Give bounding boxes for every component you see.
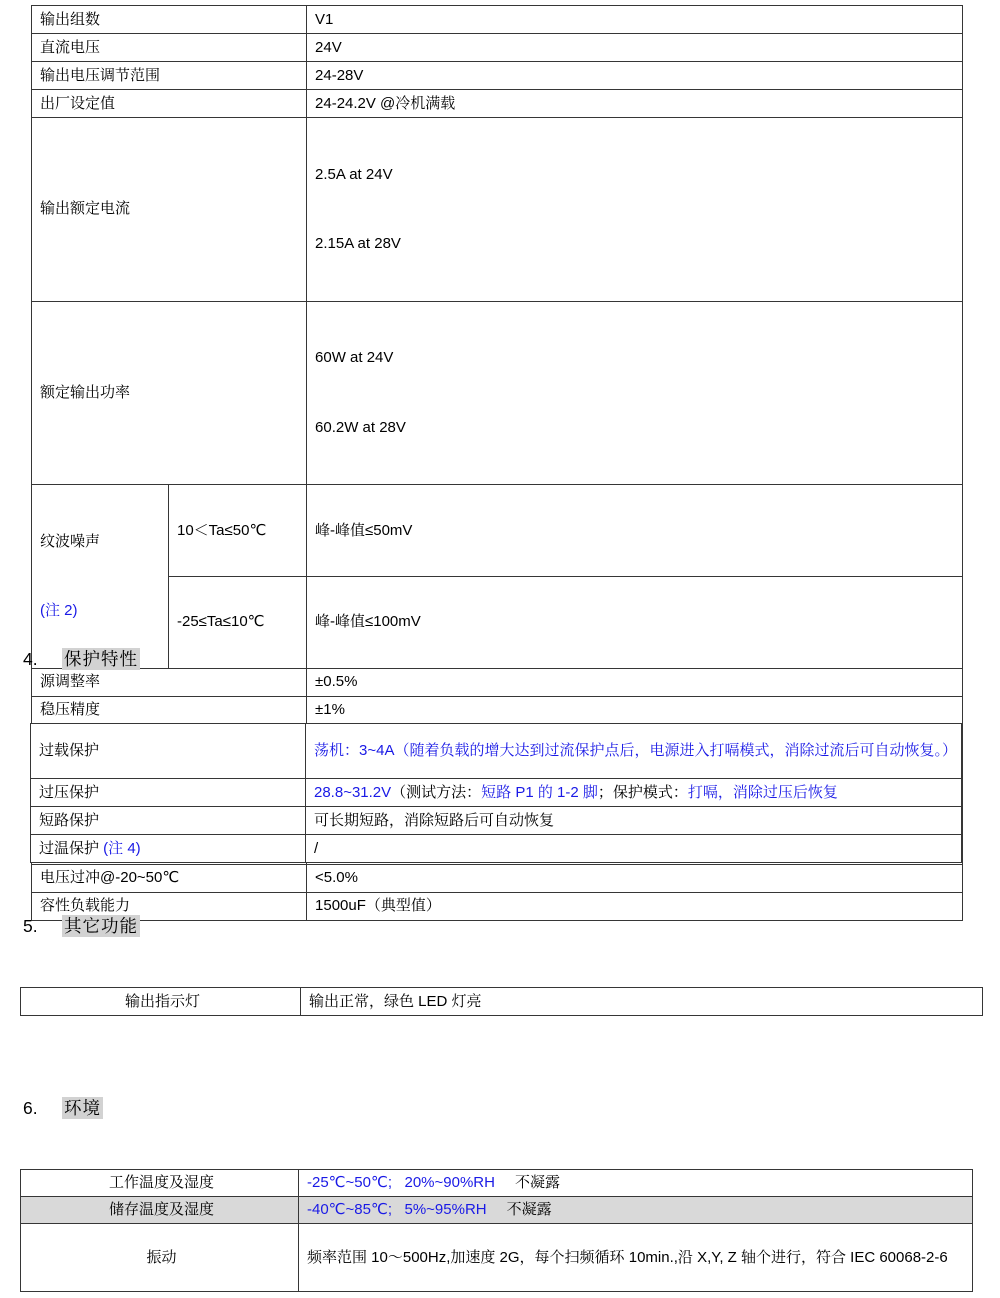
protection-label: 过温保护 (注 4) xyxy=(31,835,306,863)
value-seg-blue: -25℃~50℃; 20%~90%RH xyxy=(307,1174,495,1191)
spec-label: 输出电压调节范围 xyxy=(32,62,307,90)
env-label: 振动 xyxy=(21,1224,299,1292)
env-value: -25℃~50℃; 20%~90%RH不凝露 xyxy=(299,1170,973,1197)
environment-table: 工作温度及湿度 -25℃~50℃; 20%~90%RH不凝露 储存温度及湿度 -… xyxy=(20,1169,973,1292)
spec-value: 2.5A at 24V 2.15A at 28V xyxy=(307,118,963,302)
label-note-ref: (注 4) xyxy=(103,840,141,857)
spec-label: 出厂设定值 xyxy=(32,90,307,118)
protection-value: 荡机：3~4A（随着负载的增大达到过流保护点后，电源进入打嗝模式，消除过流后可自… xyxy=(306,724,962,779)
ripple-condition: -25≤Ta≤10℃ xyxy=(169,576,307,668)
spec-value: 1500uF（典型值） xyxy=(307,892,963,920)
value-line-2: 2.15A at 28V xyxy=(315,231,958,257)
spec-value: V1 xyxy=(307,6,963,34)
section-number: 4. xyxy=(23,649,62,670)
spec-value: ±0.5% xyxy=(307,668,963,696)
spec-value: 峰-峰值≤100mV xyxy=(307,576,963,668)
spec-value: 24-24.2V @冷机满载 xyxy=(307,90,963,118)
table-row: 稳压精度 ±1% xyxy=(32,696,963,724)
spec-label: 电压过冲@-20~50℃ xyxy=(32,864,307,892)
ripple-label: 纹波噪声 xyxy=(40,529,164,555)
table-row: 输出电压调节范围 24-28V xyxy=(32,62,963,90)
env-label: 工作温度及湿度 xyxy=(21,1170,299,1197)
env-value: 频率范围 10～500Hz,加速度 2G，每个扫频循环 10min.,沿 X,Y… xyxy=(299,1224,973,1292)
spec-value: 24V xyxy=(307,34,963,62)
table-row: 工作温度及湿度 -25℃~50℃; 20%~90%RH不凝露 xyxy=(21,1170,973,1197)
other-value: 输出正常，绿色 LED 灯亮 xyxy=(301,988,983,1016)
ripple-condition: 10＜Ta≤50℃ xyxy=(169,485,307,577)
spec-value: 24-28V xyxy=(307,62,963,90)
section-heading-protection: 4.保护特性 xyxy=(23,646,140,671)
spec-label-ripple: 纹波噪声 (注 2) xyxy=(32,485,169,669)
protection-value: 可长期短路，消除短路后可自动恢复 xyxy=(306,807,962,835)
ripple-note-ref: (注 2) xyxy=(40,598,164,624)
section-title: 保护特性 xyxy=(62,648,140,670)
value-line-1: 60W at 24V xyxy=(315,345,958,371)
table-row: -25≤Ta≤10℃ 峰-峰值≤100mV xyxy=(32,576,963,668)
protection-table: 过载保护 荡机：3~4A（随着负载的增大达到过流保护点后，电源进入打嗝模式，消除… xyxy=(30,723,962,863)
value-line-2: 60.2W at 28V xyxy=(315,415,958,441)
table-row: 额定输出功率 60W at 24V 60.2W at 28V xyxy=(32,301,963,485)
spec-value: 峰-峰值≤50mV xyxy=(307,485,963,577)
table-row: 过温保护 (注 4) / xyxy=(31,835,962,863)
spec-value: ±1% xyxy=(307,696,963,724)
label-text: 过温保护 xyxy=(39,840,103,857)
spec-label: 直流电压 xyxy=(32,34,307,62)
spec-label: 额定输出功率 xyxy=(32,301,307,485)
env-value: -40℃~85℃; 5%~95%RH不凝露 xyxy=(299,1197,973,1224)
value-seg: 不凝露 xyxy=(515,1174,560,1191)
section-number: 5. xyxy=(23,916,62,937)
protection-label: 过压保护 xyxy=(31,779,306,807)
table-row: 输出额定电流 2.5A at 24V 2.15A at 28V xyxy=(32,118,963,302)
protection-value: 28.8~31.2V（测试方法：短路 P1 的 1-2 脚；保护模式：打嗝，消除… xyxy=(306,779,962,807)
table-row: 过压保护 28.8~31.2V（测试方法：短路 P1 的 1-2 脚；保护模式：… xyxy=(31,779,962,807)
section-heading-other-functions: 5.其它功能 xyxy=(23,913,140,938)
section-heading-environment: 6.环境 xyxy=(23,1095,103,1120)
value-seg-blue: 打嗝，消除过压后恢复 xyxy=(688,784,838,801)
table-row: 振动 频率范围 10～500Hz,加速度 2G，每个扫频循环 10min.,沿 … xyxy=(21,1224,973,1292)
section-title: 环境 xyxy=(62,1097,103,1119)
table-row: 过载保护 荡机：3~4A（随着负载的增大达到过流保护点后，电源进入打嗝模式，消除… xyxy=(31,724,962,779)
value-seg: （测试方法： xyxy=(391,784,481,801)
table-row: 出厂设定值 24-24.2V @冷机满载 xyxy=(32,90,963,118)
protection-label: 短路保护 xyxy=(31,807,306,835)
section-title: 其它功能 xyxy=(62,915,140,937)
value-seg-blue: -40℃~85℃; 5%~95%RH xyxy=(307,1201,487,1218)
spec-label: 稳压精度 xyxy=(32,696,307,724)
table-row: 输出指示灯 输出正常，绿色 LED 灯亮 xyxy=(21,988,983,1016)
value-seg-blue: 28.8~31.2V xyxy=(314,784,391,801)
table-row: 容性负载能力 1500uF（典型值） xyxy=(32,892,963,920)
table-row: 电压过冲@-20~50℃ <5.0% xyxy=(32,864,963,892)
protection-label: 过载保护 xyxy=(31,724,306,779)
protection-value: / xyxy=(306,835,962,863)
spec-value: <5.0% xyxy=(307,864,963,892)
table-row: 源调整率 ±0.5% xyxy=(32,668,963,696)
spec-value: 60W at 24V 60.2W at 28V xyxy=(307,301,963,485)
other-functions-table: 输出指示灯 输出正常，绿色 LED 灯亮 xyxy=(20,987,983,1016)
spec-label: 输出额定电流 xyxy=(32,118,307,302)
table-row: 储存温度及湿度 -40℃~85℃; 5%~95%RH不凝露 xyxy=(21,1197,973,1224)
section-number: 6. xyxy=(23,1098,62,1119)
value-seg: 不凝露 xyxy=(507,1201,552,1218)
other-label: 输出指示灯 xyxy=(21,988,301,1016)
value-seg: ；保护模式： xyxy=(598,784,688,801)
spec-label: 源调整率 xyxy=(32,668,307,696)
spec-label: 输出组数 xyxy=(32,6,307,34)
table-row: 纹波噪声 (注 2) 10＜Ta≤50℃ 峰-峰值≤50mV xyxy=(32,485,963,577)
table-row: 输出组数 V1 xyxy=(32,6,963,34)
value-seg-blue: 短路 P1 的 1-2 脚 xyxy=(481,784,598,801)
env-label: 储存温度及湿度 xyxy=(21,1197,299,1224)
value-line-1: 2.5A at 24V xyxy=(315,162,958,188)
table-row: 短路保护 可长期短路，消除短路后可自动恢复 xyxy=(31,807,962,835)
table-row: 直流电压 24V xyxy=(32,34,963,62)
